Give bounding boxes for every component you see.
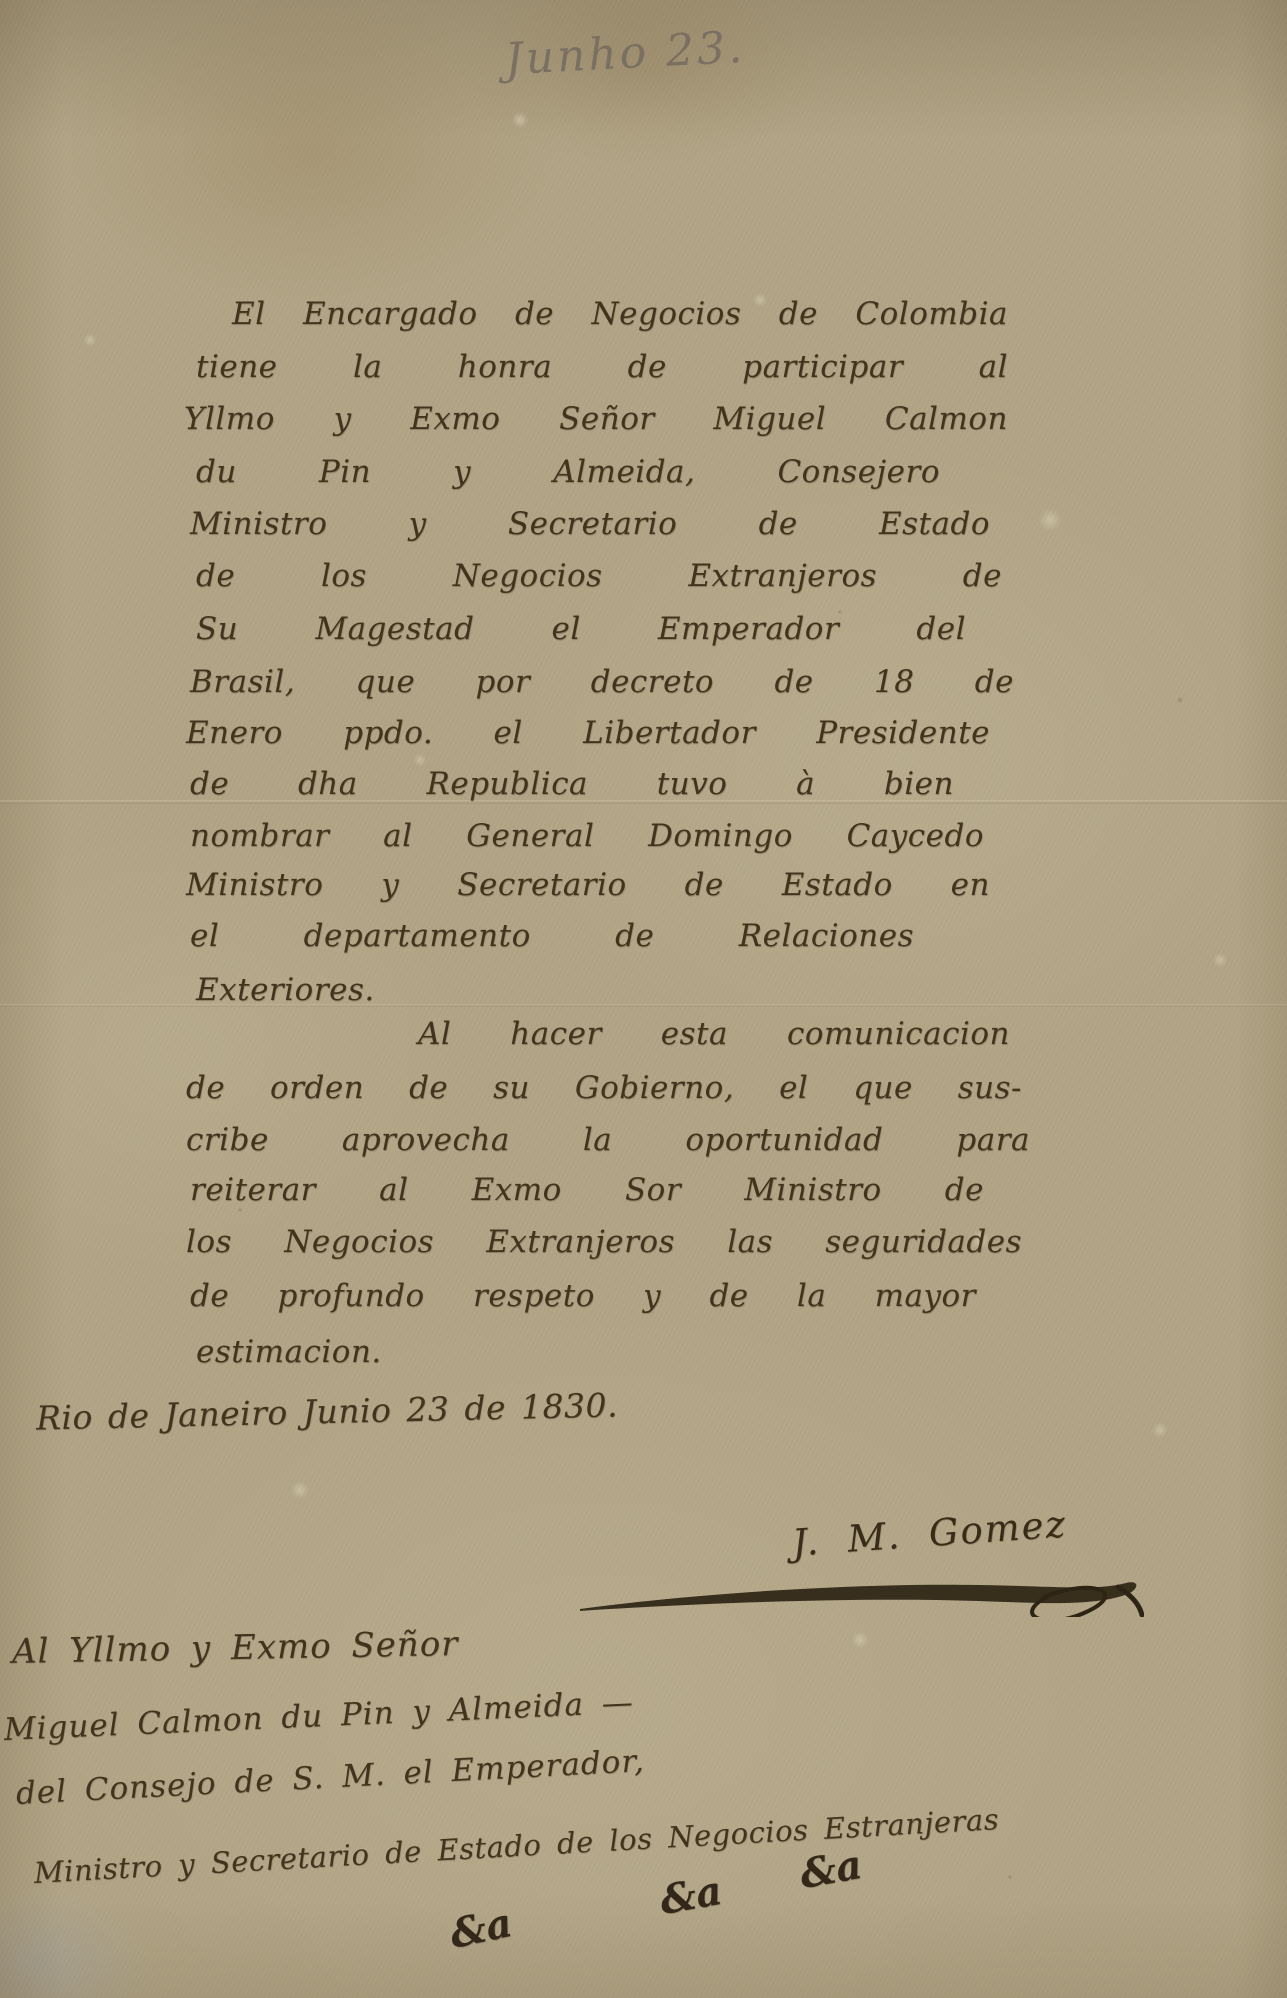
letter-line: el departamento de Relaciones	[190, 918, 914, 955]
scanned-letter: { "annotation": { "pencil_note": "Junho …	[0, 0, 1287, 1998]
letter-line: de profundo respeto y de la mayor	[190, 1278, 976, 1315]
letter-line: nombrar al General Domingo Caycedo	[190, 818, 984, 855]
letter-line: de los Negocios Extranjeros de	[196, 558, 1002, 595]
letter-line: Ministro y Secretario de Estado en	[186, 867, 990, 904]
letter-line: El Encargado de Negocios de Colombia	[232, 296, 1008, 333]
letter-line: du Pin y Almeida, Consejero	[196, 454, 940, 491]
letter-line: Al hacer esta comunicacion	[418, 1016, 1010, 1053]
letter-line: Brasil, que por decreto de 18 de	[190, 664, 1014, 701]
letter-line: reiterar al Exmo Sor Ministro de	[190, 1172, 984, 1209]
signature-flourish	[578, 1545, 1144, 1617]
letter-line: de dha Republica tuvo à bien	[190, 766, 954, 803]
letter-line: Enero ppdo. el Libertador Presidente	[186, 715, 990, 752]
letter-line: Exteriores.	[196, 972, 375, 1009]
letter-line: de orden de su Gobierno, el que sus-	[186, 1070, 1022, 1107]
letter-line: tiene la honra de participar al	[196, 349, 1008, 386]
address-line: Al Yllmo y Exmo Señor	[12, 1624, 459, 1673]
horizontal-fold-crease	[0, 1004, 1287, 1007]
letter-line: estimacion.	[196, 1334, 382, 1371]
letter-line: Ministro y Secretario de Estado	[190, 506, 990, 543]
letter-line: cribe aprovecha la oportunidad para	[186, 1122, 1030, 1159]
letter-line: los Negocios Extranjeros las seguridades	[186, 1224, 1022, 1261]
letter-line: Su Magestad el Emperador del	[196, 611, 966, 648]
letter-line: Yllmo y Exmo Señor Miguel Calmon	[184, 401, 1008, 438]
